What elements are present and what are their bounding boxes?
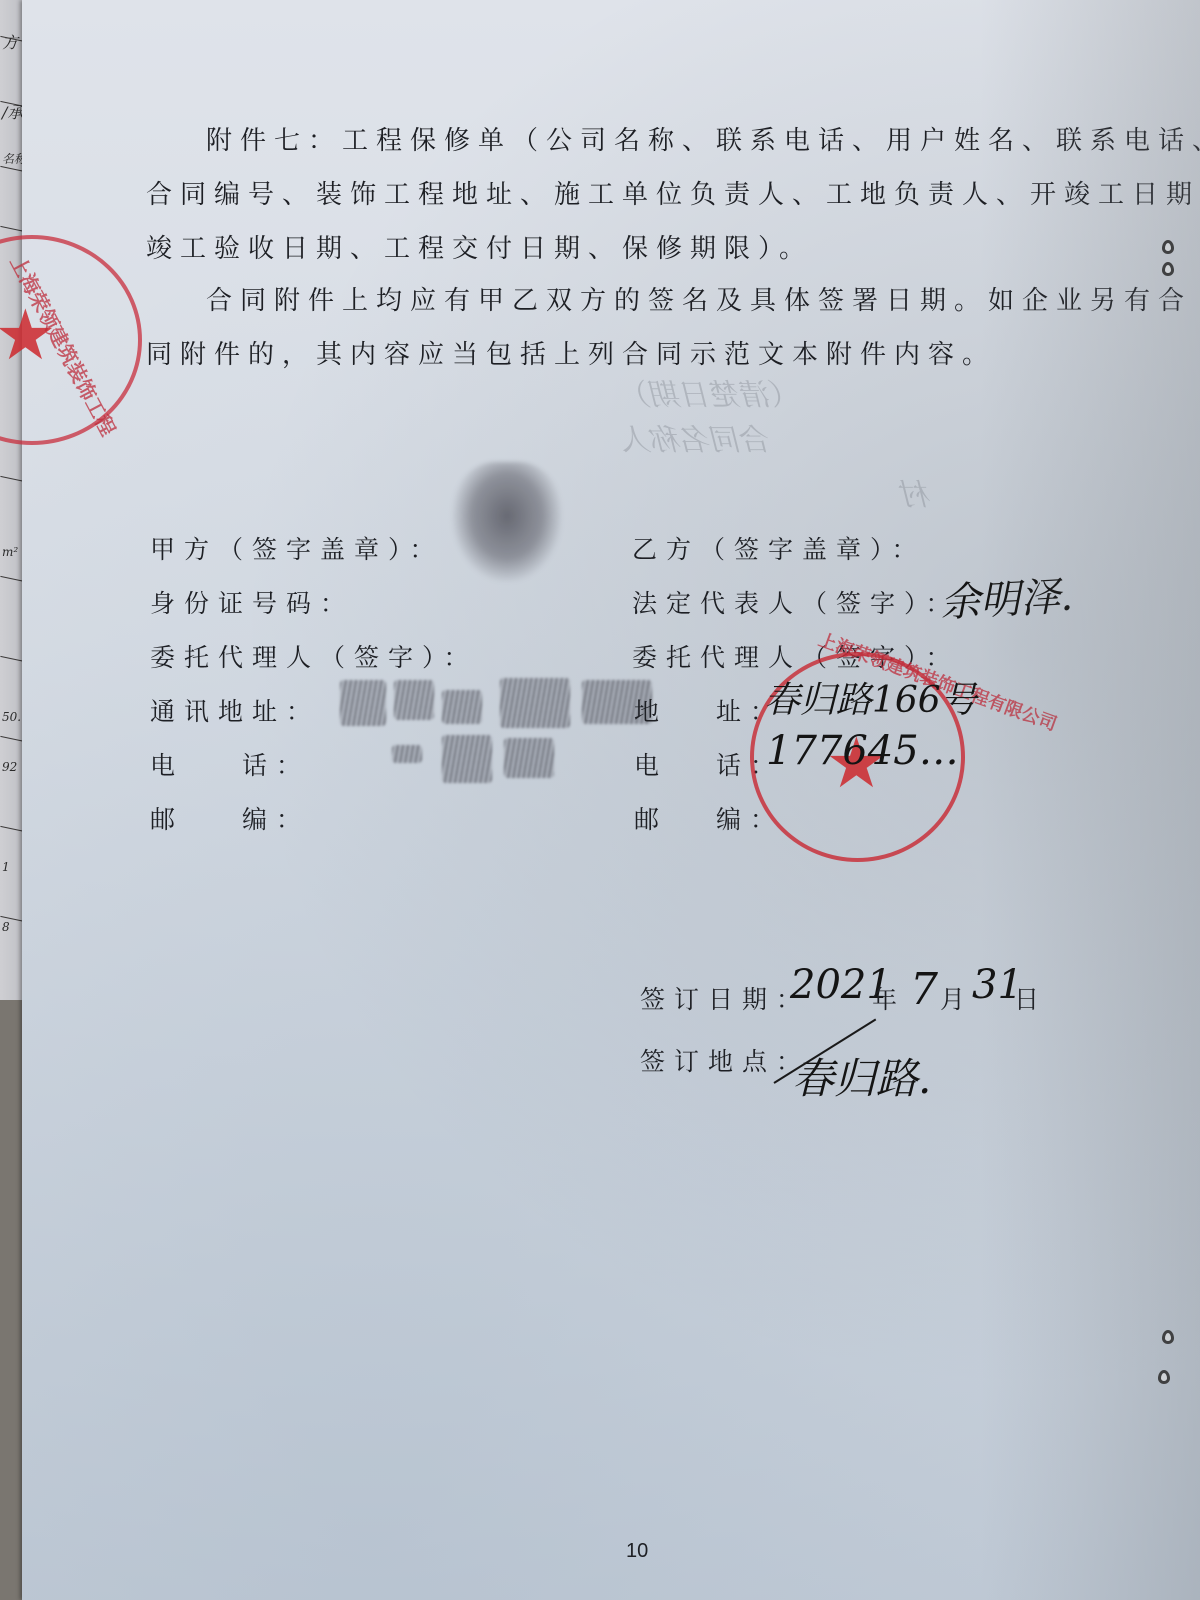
party-a-address-label: 通讯地址： xyxy=(150,692,320,728)
underlying-text: /承 xyxy=(2,100,23,123)
signing-date-year-suffix: 年 xyxy=(872,980,897,1016)
party-b-phone-handwritten: 177645… xyxy=(766,728,959,774)
appendix-line: 合同编号、装饰工程地址、施工单位负责人、工地负责人、开竣工日期、 xyxy=(146,174,1200,211)
party-a-phone-label-1: 电 xyxy=(150,746,175,782)
party-a-agent-label: 委托代理人（签字）： xyxy=(150,638,478,674)
party-a-fingerprint xyxy=(452,462,562,582)
party-b-address-label-1: 地 xyxy=(634,692,659,728)
redacted-address xyxy=(394,680,434,720)
party-a-postcode-label-2: 编： xyxy=(242,800,310,836)
redacted-address xyxy=(340,680,386,726)
party-a-id-label: 身份证号码： xyxy=(150,584,354,620)
signing-date-label: 签订日期： xyxy=(640,980,810,1016)
redacted-phone xyxy=(442,735,492,783)
page-number: 10 xyxy=(626,1540,648,1563)
appendix-line: 竣工验收日期、工程交付日期、保修期限）。 xyxy=(146,228,813,265)
bleed-through-text: 合同名称人 xyxy=(622,415,772,459)
underlying-text: 方 xyxy=(2,30,18,53)
background-table xyxy=(0,1000,22,1600)
contract-page: （清楚日期） 合同名称人 村 附件七：工程保修单（公司名称、联系电话、用户姓名、… xyxy=(22,0,1200,1600)
underlying-text: m² xyxy=(2,545,18,559)
party-b-legal-rep-label: 法定代表人（签字）： xyxy=(632,584,960,620)
party-b-phone-label-1: 电 xyxy=(634,746,659,782)
note-line: 同附件的，其内容应当包括上列合同示范文本附件内容。 xyxy=(146,334,996,371)
party-b-signature-label: 乙方（签字盖章）： xyxy=(632,530,926,566)
signing-date-month-suffix: 月 xyxy=(940,980,965,1016)
party-b-address-handwritten: 春归路166号 xyxy=(764,672,977,723)
signing-date-day-suffix: 日 xyxy=(1014,980,1039,1016)
redacted-phone xyxy=(504,738,554,778)
signing-date-month: 7 xyxy=(910,964,938,1015)
binder-hole xyxy=(1162,262,1174,276)
redacted-address xyxy=(500,678,570,728)
appendix-line: 附件七：工程保修单（公司名称、联系电话、用户姓名、联系电话、 xyxy=(206,120,1200,157)
binder-hole xyxy=(1158,1370,1170,1384)
party-a-phone-label-2: 话： xyxy=(242,746,310,782)
underlying-text: 92 xyxy=(2,760,17,774)
underlying-text: 8 xyxy=(2,920,10,934)
note-line: 合同附件上均应有甲乙双方的签名及具体签署日期。如企业另有合 xyxy=(206,280,1192,317)
bleed-through-text: （清楚日期） xyxy=(622,370,802,414)
redacted-address xyxy=(442,690,482,724)
signing-place-label: 签订地点： xyxy=(640,1042,810,1078)
party-a-postcode-label-1: 邮 xyxy=(150,800,175,836)
underlying-text: 50. xyxy=(2,710,21,724)
signing-place-handwritten: 春归路. xyxy=(792,1046,931,1106)
binder-hole xyxy=(1162,1330,1174,1344)
redacted-phone xyxy=(392,745,422,763)
bleed-through-text: 村 xyxy=(902,470,932,514)
binder-hole xyxy=(1162,240,1174,254)
party-b-postcode-label-1: 邮 xyxy=(634,800,659,836)
party-b-legal-rep-signature: 余明泽. xyxy=(939,565,1075,629)
underlying-text: 1 xyxy=(2,860,10,874)
party-a-signature-label: 甲方（签字盖章）： xyxy=(150,530,444,566)
